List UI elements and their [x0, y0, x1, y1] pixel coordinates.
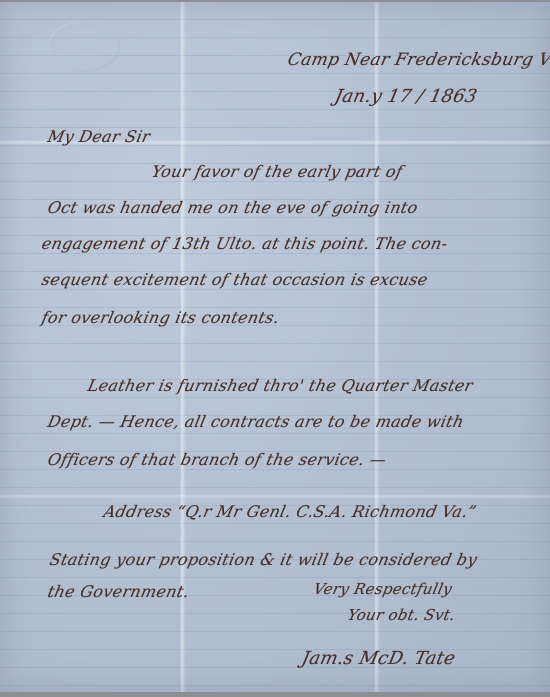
body-line-8: Officers of that branch of the service. …	[46, 450, 388, 469]
body-line-7: Dept. — Hence, all contracts are to be m…	[46, 412, 466, 431]
body-line-5: for overlooking its contents.	[40, 308, 281, 327]
salutation: My Dear Sir	[46, 127, 152, 146]
body-line-1: Your favor of the early part of	[150, 162, 404, 181]
body-line-6: Leather is furnished thro' the Quarter M…	[86, 376, 475, 395]
body-line-4: sequent excitement of that occasion is e…	[40, 270, 430, 289]
body-line-3: engagement of 13th Ulto. at this point. …	[40, 234, 449, 253]
body-line-11: the Government.	[46, 582, 191, 601]
closing-line-1: Very Respectfully	[312, 580, 454, 598]
body-line-2: Oct was handed me on the eve of going in…	[46, 198, 420, 217]
signature: Jam.s McD. Tate	[300, 648, 458, 669]
body-line-9: Address “Q.r Mr Genl. C.S.A. Richmond Va…	[102, 502, 478, 521]
embossed-stationery-stamp	[48, 20, 120, 72]
closing-line-2: Your obt. Svt.	[346, 606, 457, 624]
letter-paper: Camp Near Fredericksburg Va Jan.y 17 / 1…	[0, 2, 550, 692]
body-line-10: Stating your proposition & it will be co…	[48, 550, 479, 569]
heading-place: Camp Near Fredericksburg Va	[286, 50, 550, 70]
heading-date: Jan.y 17 / 1863	[333, 86, 479, 107]
